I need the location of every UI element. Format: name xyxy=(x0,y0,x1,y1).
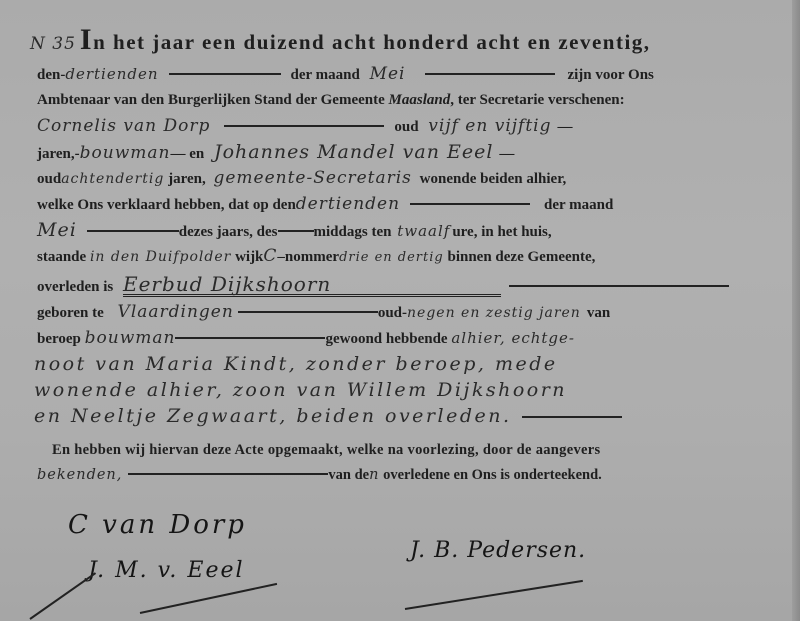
fill-rule xyxy=(509,285,729,287)
parents-names: en Neeltje Zegwaart, beiden overleden. xyxy=(34,405,512,427)
heading-line: N 35In het jaar een duizend acht honderd… xyxy=(30,30,651,54)
suffix-handwritten: n xyxy=(369,467,379,483)
acquaintance-status: bekenden, xyxy=(37,467,122,483)
printed-text: den- xyxy=(37,67,65,83)
dash: — xyxy=(499,146,514,162)
signature-declarant2: J. M. v. Eeel xyxy=(88,558,245,583)
printed-text: jaren,- xyxy=(37,146,80,162)
death-month: Mei xyxy=(37,219,77,241)
printed-text: overleden is xyxy=(37,279,113,295)
declarant2-age-line: oudachtendertig jaren, gemeente-Secretar… xyxy=(37,168,566,189)
printed-text: beroep xyxy=(37,331,81,347)
record-number: N 35 xyxy=(30,34,76,54)
signature-flourish xyxy=(29,572,96,620)
printed-text: welke Ons verklaard hebben, dat op den xyxy=(37,197,296,213)
deceased-line: overleden is Eerbud Dijkshoorn xyxy=(37,274,729,297)
death-location: in den Duifpolder xyxy=(90,249,231,265)
signature-flourish xyxy=(140,583,277,614)
death-day: dertienden xyxy=(296,194,400,214)
occupation-line: beroep bouwmangewoond hebbende alhier, e… xyxy=(37,328,575,349)
deceased-occupation: bouwman xyxy=(85,328,176,348)
municipality-name: Maasland xyxy=(389,92,451,108)
printed-text: binnen deze Gemeente, xyxy=(447,249,595,265)
fill-rule xyxy=(238,311,378,313)
residence-handwritten: alhier, echtge- xyxy=(451,329,575,347)
spouse-line: noot van Maria Kindt, zonder beroep, med… xyxy=(34,354,558,374)
fill-rule xyxy=(175,337,325,339)
declaration-line: welke Ons verklaard hebben, dat op dende… xyxy=(37,194,613,215)
declarant2-name: Johannes Mandel van Eeel xyxy=(214,141,493,163)
printed-text: wijk xyxy=(235,249,263,265)
ward-letter: C xyxy=(263,246,277,266)
fill-rule xyxy=(128,473,328,475)
declarant1-age: vijf en vijftig xyxy=(428,116,551,136)
signature-registrar: J. B. Pedersen. xyxy=(410,538,586,563)
declarant2-age: achtendertig xyxy=(61,171,164,187)
printed-text: overledene en Ons is onderteekend. xyxy=(383,467,602,483)
date-line: den-dertiendender maand Meizijn voor Ons xyxy=(37,64,654,85)
death-hour: twaalf xyxy=(397,222,450,240)
fill-rule xyxy=(410,203,530,205)
declarant1-occupation: bouwman xyxy=(80,143,171,163)
printed-text: wonende beiden alhier, xyxy=(420,171,567,187)
declarant2-line: jaren,-bouwman— en Johannes Mandel van E… xyxy=(37,142,514,164)
printed-text: oud xyxy=(394,119,418,135)
day-handwritten: dertienden xyxy=(65,65,158,83)
birthplace: Vlaardingen xyxy=(118,302,234,322)
signature-declarant1: C van Dorp xyxy=(68,510,247,540)
printed-text: — en xyxy=(170,146,204,162)
closing-line: En hebben wij hiervan deze Acte opgemaak… xyxy=(52,440,600,460)
parents-line-2: en Neeltje Zegwaart, beiden overleden. xyxy=(34,406,622,427)
certificate-page: N 35In het jaar een duizend acht honderd… xyxy=(0,0,800,621)
printed-text: , ter Secretarie verschenen: xyxy=(450,92,624,108)
printed-text: nommer xyxy=(285,249,339,265)
printed-text: jaren, xyxy=(168,171,206,187)
printed-text: der maand xyxy=(544,197,613,213)
printed-text: middags ten xyxy=(314,224,392,240)
house-number: drie en dertig xyxy=(339,250,444,265)
signing-line: bekenden,van den overledene en Ons is on… xyxy=(37,465,602,485)
printed-text: der maand xyxy=(291,67,360,83)
fill-rule xyxy=(278,230,314,232)
printed-text: Ambtenaar van den Burgerlijken Stand der… xyxy=(37,92,385,108)
dash: — xyxy=(557,119,572,135)
official-line: Ambtenaar van den Burgerlijken Stand der… xyxy=(37,90,625,110)
printed-text: oud- xyxy=(378,305,407,321)
page-edge xyxy=(792,0,800,621)
declarant1-name: Cornelis van Dorp xyxy=(37,116,210,136)
fill-rule xyxy=(522,416,622,418)
heading-text: n het jaar een duizend acht honderd acht… xyxy=(93,30,650,54)
fill-rule xyxy=(224,125,384,127)
printed-text: gewoond hebbende xyxy=(325,331,447,347)
declarant2-occupation: gemeente-Secretaris xyxy=(213,168,411,188)
printed-text: zijn voor Ons xyxy=(567,67,653,83)
registrar-underline xyxy=(405,580,583,610)
address-line: staande in den Duifpolder wijkC–nommerdr… xyxy=(37,246,595,268)
printed-text: van xyxy=(587,305,610,321)
printed-text: dezes jaars, des xyxy=(179,224,278,240)
drop-cap: I xyxy=(80,23,93,56)
printed-text: van de xyxy=(328,467,369,483)
deceased-age: negen en zestig jaren xyxy=(407,305,581,321)
printed-text: oud xyxy=(37,171,61,187)
declarant1-line: Cornelis van Dorpoud vijf en vijftig— xyxy=(37,116,572,137)
deceased-name: Eerbud Dijkshoorn xyxy=(123,274,501,297)
death-time-line: Meidezes jaars, desmiddags ten twaalfure… xyxy=(37,220,552,242)
printed-text: geboren te xyxy=(37,305,104,321)
printed-text: staande xyxy=(37,249,86,265)
fill-rule xyxy=(425,73,555,75)
printed-text: ure, in het huis, xyxy=(452,224,551,240)
fill-rule xyxy=(169,73,281,75)
birthplace-line: geboren te Vlaardingenoud-negen en zesti… xyxy=(37,302,610,323)
fill-rule xyxy=(87,230,179,232)
month-handwritten: Mei xyxy=(370,64,406,84)
parents-line: wonende alhier, zoon van Willem Dijkshoo… xyxy=(34,380,567,400)
